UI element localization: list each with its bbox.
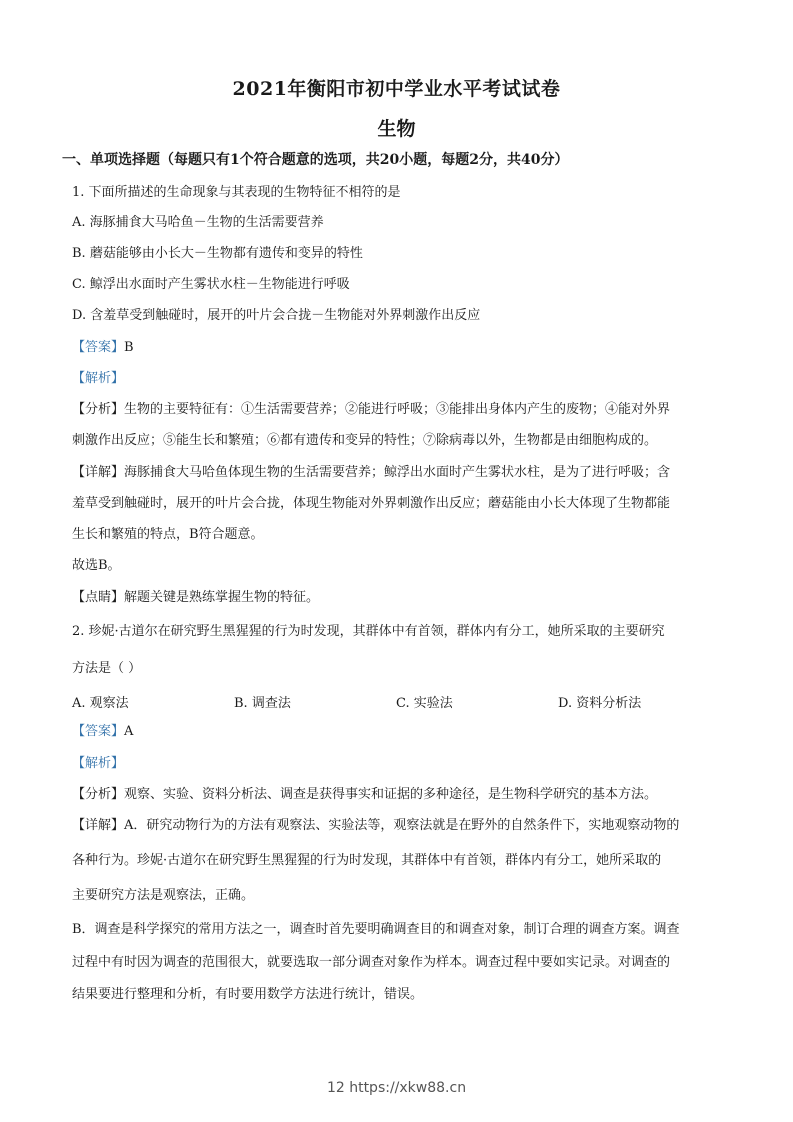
- q2-xiangjie-line-5: 过程中有时因为调查的范围很大，就要选取一部分调查对象作为样本。调查过程中要如实记…: [72, 954, 670, 972]
- page-title: 2021年衡阳市初中学业水平考试试卷: [0, 74, 793, 101]
- q2-analysis-label: 【解析】: [72, 755, 124, 773]
- xiangjie-text: A．研究动物行为的方法有观察法、实验法等，观察法就是在野外的自然条件下，实地观察…: [124, 818, 679, 833]
- q1-dianjing: 【点睛】解题关键是熟练掌握生物的特征。: [72, 589, 319, 607]
- dianjing-text: 解题关键是熟练掌握生物的特征。: [124, 590, 319, 605]
- q2-xiangjie-line-3: 主要研究方法是观察法，正确。: [72, 887, 254, 905]
- fenxi-label: 【分析】: [72, 787, 124, 802]
- q2-stem-line-2: 方法是（ ）: [72, 660, 141, 678]
- answer-label: 【答案】: [72, 340, 124, 355]
- q1-xiangjie-line-3: 生长和繁殖的特点，B符合题意。: [72, 526, 264, 544]
- q2-option-a: A. 观察法: [72, 692, 129, 711]
- q1-conclusion: 故选B。: [72, 557, 121, 575]
- fenxi-text: 观察、实验、资料分析法、调查是获得事实和证据的多种途径，是生物科学研究的基本方法…: [124, 787, 657, 802]
- fenxi-text: 生物的主要特征有：①生活需要营养；②能进行呼吸；③能排出身体内产生的废物；④能对…: [124, 402, 670, 417]
- q2-xiangjie-line-6: 结果要进行整理和分析，有时要用数学方法进行统计，错误。: [72, 986, 423, 1004]
- answer-value: B: [124, 340, 134, 355]
- answer-value: A: [124, 724, 133, 739]
- xiangjie-label: 【详解】: [72, 465, 124, 480]
- q1-answer: 【答案】B: [72, 339, 134, 357]
- q1-stem: 1. 下面所描述的生命现象与其表现的生物特征不相符的是: [72, 184, 401, 202]
- xiangjie-label: 【详解】: [72, 818, 124, 833]
- q1-option-a: A. 海豚捕食大马哈鱼－生物的生活需要营养: [72, 214, 324, 232]
- q2-option-b: B. 调查法: [234, 692, 291, 711]
- q1-option-c: C. 鲸浮出水面时产生雾状水柱－生物能进行呼吸: [72, 276, 350, 294]
- q1-option-b: B. 蘑菇能够由小长大－生物都有遗传和变异的特性: [72, 245, 363, 263]
- q1-fenxi-line-2: 刺激作出反应；⑤能生长和繁殖；⑥都有遗传和变异的特性；⑦除病毒以外，生物都是由细…: [72, 432, 657, 450]
- q1-xiangjie-line-2: 羞草受到触碰时，展开的叶片会合拢，体现生物能对外界刺激作出反应；蘑菇能由小长大体…: [72, 495, 670, 513]
- section-heading: 一、单项选择题（每题只有1个符合题意的选项，共20小题，每题2分，共40分）: [62, 151, 568, 169]
- q2-xiangjie-line-2: 各种行为。珍妮·古道尔在研究野生黑猩猩的行为时发现，其群体中有首领，群体内有分工…: [72, 852, 661, 870]
- answer-label: 【答案】: [72, 724, 124, 739]
- fenxi-label: 【分析】: [72, 402, 124, 417]
- q2-xiangjie-line-4: B．调查是科学探究的常用方法之一，调查时首先要明确调查目的和调查对象，制订合理的…: [72, 921, 680, 939]
- q1-option-d: D. 含羞草受到触碰时，展开的叶片会合拢－生物能对外界刺激作出反应: [72, 307, 480, 325]
- q1-fenxi-line-1: 【分析】生物的主要特征有：①生活需要营养；②能进行呼吸；③能排出身体内产生的废物…: [72, 401, 670, 419]
- q1-xiangjie-line-1: 【详解】海豚捕食大马哈鱼体现生物的生活需要营养；鲸浮出水面时产生雾状水柱，是为了…: [72, 464, 670, 482]
- q2-answer: 【答案】A: [72, 723, 133, 741]
- page-footer: 12 https://xkw88.cn: [0, 1080, 793, 1096]
- xiangjie-text: 海豚捕食大马哈鱼体现生物的生活需要营养；鲸浮出水面时产生雾状水柱，是为了进行呼吸…: [124, 465, 670, 480]
- q2-option-c: C. 实验法: [396, 692, 453, 711]
- dianjing-label: 【点睛】: [72, 590, 124, 605]
- q2-stem-line-1: 2. 珍妮·古道尔在研究野生黑猩猩的行为时发现，其群体中有首领，群体内有分工，她…: [72, 623, 665, 641]
- q2-xiangjie-line-1: 【详解】A．研究动物行为的方法有观察法、实验法等，观察法就是在野外的自然条件下，…: [72, 817, 679, 835]
- exam-page: 2021年衡阳市初中学业水平考试试卷 生物 一、单项选择题（每题只有1个符合题意…: [0, 0, 793, 1122]
- q2-option-d: D. 资料分析法: [558, 692, 641, 711]
- q1-analysis-label: 【解析】: [72, 370, 124, 388]
- q2-fenxi: 【分析】观察、实验、资料分析法、调查是获得事实和证据的多种途径，是生物科学研究的…: [72, 786, 657, 804]
- subject-title: 生物: [0, 114, 793, 141]
